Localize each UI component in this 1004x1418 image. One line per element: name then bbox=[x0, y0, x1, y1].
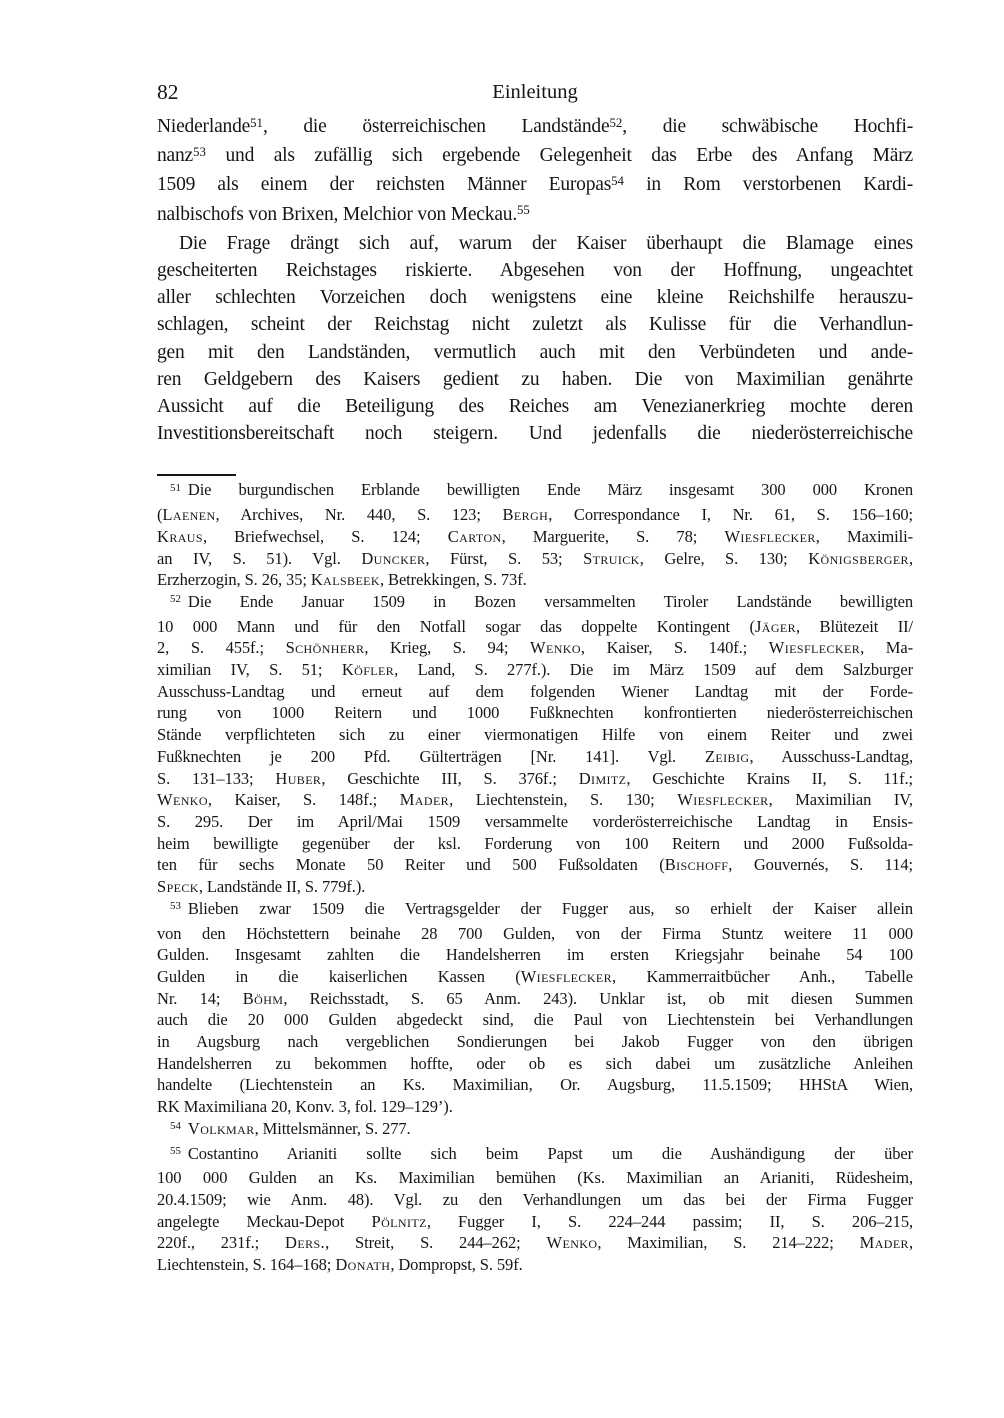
footnote-number: 52 bbox=[609, 116, 622, 130]
text-segment: gen mit den Landständen, vermutlich auch… bbox=[157, 342, 913, 363]
text-segment: , Gouvernés, S. 114; bbox=[728, 855, 913, 874]
text-segment: , Krieg, S. 94; bbox=[364, 638, 530, 657]
text-segment: RK Maximiliana 20, Konv. 3, fol. 129–129… bbox=[157, 1097, 453, 1116]
text-segment: , Streit, S. 244–262; bbox=[325, 1233, 546, 1252]
text-line: Gulden. Insgesamt zahlten die Handelsher… bbox=[157, 944, 913, 966]
text-line: aller schlechten Vorzeichen doch wenigst… bbox=[157, 284, 913, 311]
text-segment: heim bewilligte gegenüber der ksl. Forde… bbox=[157, 834, 913, 853]
text-segment: Fußknechten je 200 Pfd. Gülterträgen [Nr… bbox=[157, 747, 705, 766]
text-line: nalbischofs von Brixen, Melchior von Mec… bbox=[157, 201, 913, 230]
footnote-number: 55 bbox=[517, 203, 530, 217]
text-segment: , Liechtenstein, S. 130; bbox=[449, 790, 677, 809]
text-segment: handelte (Liechtenstein an Ks. Maximilia… bbox=[157, 1075, 913, 1094]
author-name-smallcaps: Bischoff bbox=[665, 855, 729, 874]
text-line: Wenko, Kaiser, S. 148f.; Mader, Liechten… bbox=[157, 789, 913, 811]
text-line: angelegte Meckau-Depot Pölnitz, Fugger I… bbox=[157, 1211, 913, 1233]
text-segment: Niederlande bbox=[157, 116, 250, 137]
text-line: Ausschuss-Landtag und erneut auf dem fol… bbox=[157, 681, 913, 703]
text-segment: in Rom verstorbenen Kardi- bbox=[624, 174, 913, 195]
footnote-number: 52 bbox=[170, 593, 188, 605]
text-segment: gescheiterten Reichstages riskierte. Abg… bbox=[157, 260, 913, 281]
author-name-smallcaps: Laenen bbox=[162, 505, 215, 524]
text-segment: ten für sechs Monate 50 Reiter und 500 F… bbox=[157, 855, 665, 874]
text-segment: , Reichsstadt, S. 65 Anm. 243). Unklar i… bbox=[283, 989, 913, 1008]
text-segment: Aussicht auf die Beteiligung des Reiches… bbox=[157, 396, 913, 417]
text-segment: , Gelre, S. 130; bbox=[640, 549, 809, 568]
text-segment: Gulden in die kaiserlichen Kassen ( bbox=[157, 967, 521, 986]
text-segment: , Ma- bbox=[860, 638, 913, 657]
text-segment: Gulden. Insgesamt zahlten die Handelsher… bbox=[157, 945, 913, 964]
footnote-number: 54 bbox=[611, 174, 624, 188]
text-segment: Nr. 14; bbox=[157, 989, 243, 1008]
text-line: Kraus, Briefwechsel, S. 124; Carton, Mar… bbox=[157, 526, 913, 548]
author-name-smallcaps: Pölnitz bbox=[372, 1212, 427, 1231]
author-name-smallcaps: Wiesflecker bbox=[677, 790, 768, 809]
author-name-smallcaps: Wenko bbox=[157, 790, 208, 809]
text-segment: S. 131–133; bbox=[157, 769, 275, 788]
text-segment: , Kammerraitbücher Anh., Tabelle bbox=[612, 967, 913, 986]
text-line: RK Maximiliana 20, Konv. 3, fol. 129–129… bbox=[157, 1096, 913, 1118]
text-line: Fußknechten je 200 Pfd. Gülterträgen [Nr… bbox=[157, 746, 913, 768]
author-name-smallcaps: Zeibig bbox=[705, 747, 749, 766]
text-segment: , Landstände II, S. 779f.). bbox=[199, 877, 365, 896]
text-line: Investitionsbereitschaft noch steigern. … bbox=[157, 420, 913, 447]
author-name-smallcaps: Volkmar bbox=[188, 1119, 255, 1138]
author-name-smallcaps: Wiesflecker bbox=[724, 527, 815, 546]
text-line: 54Volkmar, Mittelsmänner, S. 277. bbox=[157, 1118, 913, 1143]
text-segment: 100 000 Gulden an Ks. Maximilian bemühen… bbox=[157, 1168, 913, 1187]
author-name-smallcaps: Wiesflecker bbox=[521, 967, 612, 986]
author-name-smallcaps: Duncker bbox=[361, 549, 425, 568]
text-line: 220f., 231f.; Ders., Streit, S. 244–262;… bbox=[157, 1232, 913, 1254]
text-segment: Blieben zwar 1509 die Vertragsgelder der… bbox=[188, 899, 913, 918]
text-segment: , Correspondance I, Nr. 61, S. 156–160; bbox=[548, 505, 913, 524]
text-segment: an IV, S. 51). Vgl. bbox=[157, 549, 361, 568]
footnote-number: 51 bbox=[250, 116, 263, 130]
text-segment: rung von 1000 Reitern und 1000 Fußknecht… bbox=[157, 703, 913, 722]
text-line: 2, S. 455f.; Schönherr, Krieg, S. 94; We… bbox=[157, 637, 913, 659]
author-name-smallcaps: Speck bbox=[157, 877, 199, 896]
text-segment: angelegte Meckau-Depot bbox=[157, 1212, 372, 1231]
text-line: ximilian IV, S. 51; Köfler, Land, S. 277… bbox=[157, 659, 913, 681]
page-header: 82 Einleitung bbox=[157, 80, 913, 105]
text-line: ten für sechs Monate 50 Reiter und 500 F… bbox=[157, 854, 913, 876]
text-segment: , Kaiser, S. 140f.; bbox=[581, 638, 769, 657]
author-name-smallcaps: Mader bbox=[860, 1233, 909, 1252]
paragraph: 52Die Ende Januar 1509 in Bozen versamme… bbox=[157, 591, 913, 898]
text-line: 52Die Ende Januar 1509 in Bozen versamme… bbox=[157, 591, 913, 616]
text-line: Liechtenstein, S. 164–168; Donath, Dompr… bbox=[157, 1254, 913, 1276]
text-segment: , bbox=[909, 1233, 913, 1252]
text-segment: Die Ende Januar 1509 in Bozen versammelt… bbox=[188, 592, 913, 611]
author-name-smallcaps: Böhm bbox=[243, 989, 284, 1008]
text-line: Die Frage drängt sich auf, warum der Kai… bbox=[157, 230, 913, 257]
text-line: Stände verpflichteten sich zu einer vier… bbox=[157, 724, 913, 746]
text-segment: , Briefwechsel, S. 124; bbox=[203, 527, 448, 546]
text-line: Aussicht auf die Beteiligung des Reiches… bbox=[157, 393, 913, 420]
text-segment: schlagen, scheint der Reichstag nicht zu… bbox=[157, 314, 913, 335]
text-segment: , die österreichischen Landstände bbox=[263, 116, 609, 137]
text-segment: , Fugger I, S. 224–244 passim; II, S. 20… bbox=[427, 1212, 913, 1231]
page-number: 82 bbox=[157, 80, 179, 105]
text-segment: , Mittelsmänner, S. 277. bbox=[255, 1119, 411, 1138]
text-line: an IV, S. 51). Vgl. Duncker, Fürst, S. 5… bbox=[157, 548, 913, 570]
text-segment: , Maximilian IV, bbox=[769, 790, 913, 809]
book-page: 82 Einleitung Niederlande51, die österre… bbox=[0, 0, 1004, 1418]
text-segment: und als zufällig sich ergebende Gelegenh… bbox=[206, 145, 913, 166]
text-segment: , bbox=[909, 549, 913, 568]
author-name-smallcaps: Schönherr bbox=[286, 638, 365, 657]
text-line: 55Costantino Arianiti sollte sich beim P… bbox=[157, 1143, 913, 1168]
text-line: Gulden in die kaiserlichen Kassen (Wiesf… bbox=[157, 966, 913, 988]
author-name-smallcaps: Wenko bbox=[530, 638, 581, 657]
text-line: nanz53 und als zufällig sich ergebende G… bbox=[157, 142, 913, 171]
author-name-smallcaps: Dimitz bbox=[579, 769, 627, 788]
text-segment: , Dompropst, S. 59f. bbox=[390, 1255, 522, 1274]
main-text: Niederlande51, die österreichischen Land… bbox=[157, 113, 913, 447]
text-segment: , Fürst, S. 53; bbox=[425, 549, 583, 568]
text-line: 10 000 Mann und für den Notfall sogar da… bbox=[157, 616, 913, 638]
text-segment: , Maximili- bbox=[816, 527, 913, 546]
text-segment: Liechtenstein, S. 164–168; bbox=[157, 1255, 335, 1274]
text-segment: Die Frage drängt sich auf, warum der Kai… bbox=[179, 233, 913, 254]
paragraph: Die Frage drängt sich auf, warum der Kai… bbox=[157, 230, 913, 448]
text-segment: ren Geldgebern des Kaisers gedient zu ha… bbox=[157, 369, 913, 390]
text-segment: nalbischofs von Brixen, Melchior von Mec… bbox=[157, 204, 517, 225]
text-line: 1509 als einem der reichsten Männer Euro… bbox=[157, 171, 913, 200]
author-name-smallcaps: Wenko bbox=[546, 1233, 597, 1252]
text-segment: , Betrekkingen, S. 73f. bbox=[380, 570, 527, 589]
text-block: 82 Einleitung Niederlande51, die österre… bbox=[157, 80, 913, 1276]
text-segment: Ausschuss-Landtag und erneut auf dem fol… bbox=[157, 682, 913, 701]
text-line: S. 295. Der im April/Mai 1509 versammelt… bbox=[157, 811, 913, 833]
footnote-number: 54 bbox=[170, 1120, 188, 1132]
text-line: Handelsherren zu bekommen hoffte, oder o… bbox=[157, 1053, 913, 1075]
author-name-smallcaps: Kraus bbox=[157, 527, 203, 546]
text-segment: 20.4.1509; wie Anm. 48). Vgl. zu den Ver… bbox=[157, 1190, 913, 1209]
paragraph: 55Costantino Arianiti sollte sich beim P… bbox=[157, 1143, 913, 1276]
author-name-smallcaps: Wiesflecker bbox=[769, 638, 860, 657]
text-segment: Handelsherren zu bekommen hoffte, oder o… bbox=[157, 1054, 913, 1073]
text-segment: Investitionsbereitschaft noch steigern. … bbox=[157, 423, 913, 444]
text-segment: , Blütezeit II/ bbox=[796, 617, 913, 636]
text-line: 100 000 Gulden an Ks. Maximilian bemühen… bbox=[157, 1167, 913, 1189]
text-line: 51Die burgundischen Erblande bewilligten… bbox=[157, 479, 913, 504]
text-segment: , Geschichte Krains II, S. 11f.; bbox=[626, 769, 913, 788]
author-name-smallcaps: Carton bbox=[448, 527, 502, 546]
author-name-smallcaps: Mader bbox=[400, 790, 449, 809]
text-line: in Augsburg nach vergeblichen Sondierung… bbox=[157, 1031, 913, 1053]
text-segment: , Geschichte III, S. 376f.; bbox=[321, 769, 578, 788]
paragraph: 53Blieben zwar 1509 die Vertragsgelder d… bbox=[157, 898, 913, 1118]
footnote-number: 53 bbox=[170, 900, 188, 912]
text-segment: Erzherzogin, S. 26, 35; bbox=[157, 570, 311, 589]
footnotes-section: 51Die burgundischen Erblande bewilligten… bbox=[157, 479, 913, 1275]
author-name-smallcaps: Donath bbox=[335, 1255, 390, 1274]
text-segment: , Maximilian, S. 214–222; bbox=[597, 1233, 859, 1252]
paragraph: 54Volkmar, Mittelsmänner, S. 277. bbox=[157, 1118, 913, 1143]
text-line: schlagen, scheint der Reichstag nicht zu… bbox=[157, 311, 913, 338]
text-line: (Laenen, Archives, Nr. 440, S. 123; Berg… bbox=[157, 504, 913, 526]
text-segment: Stände verpflichteten sich zu einer vier… bbox=[157, 725, 913, 744]
paragraph: 51Die burgundischen Erblande bewilligten… bbox=[157, 479, 913, 591]
text-segment: , Land, S. 277f.). Die im März 1509 auf … bbox=[394, 660, 913, 679]
text-segment: , Marguerite, S. 78; bbox=[502, 527, 725, 546]
text-line: gescheiterten Reichstages riskierte. Abg… bbox=[157, 257, 913, 284]
text-line: heim bewilligte gegenüber der ksl. Forde… bbox=[157, 833, 913, 855]
text-line: Nr. 14; Böhm, Reichsstadt, S. 65 Anm. 24… bbox=[157, 988, 913, 1010]
text-segment: , Kaiser, S. 148f.; bbox=[208, 790, 400, 809]
text-segment: in Augsburg nach vergeblichen Sondierung… bbox=[157, 1032, 913, 1051]
paragraph: Niederlande51, die österreichischen Land… bbox=[157, 113, 913, 230]
author-name-smallcaps: Bergh bbox=[503, 505, 549, 524]
text-segment: Die burgundischen Erblande bewilligten E… bbox=[188, 480, 913, 499]
text-line: Niederlande51, die österreichischen Land… bbox=[157, 113, 913, 142]
text-line: S. 131–133; Huber, Geschichte III, S. 37… bbox=[157, 768, 913, 790]
author-name-smallcaps: Jäger bbox=[755, 617, 796, 636]
author-name-smallcaps: Huber bbox=[275, 769, 321, 788]
footnote-number: 51 bbox=[170, 482, 188, 494]
author-name-smallcaps: Königsberger bbox=[808, 549, 909, 568]
text-segment: Costantino Arianiti sollte sich beim Pap… bbox=[188, 1144, 913, 1163]
text-line: handelte (Liechtenstein an Ks. Maximilia… bbox=[157, 1074, 913, 1096]
footnote-number: 55 bbox=[170, 1145, 188, 1157]
text-line: auch die 20 000 Gulden abgedeckt sind, d… bbox=[157, 1009, 913, 1031]
running-head: Einleitung bbox=[157, 80, 913, 105]
text-segment: , Ausschuss-Landtag, bbox=[749, 747, 913, 766]
text-line: 20.4.1509; wie Anm. 48). Vgl. zu den Ver… bbox=[157, 1189, 913, 1211]
text-segment: S. 295. Der im April/Mai 1509 versammelt… bbox=[157, 812, 913, 831]
text-line: Erzherzogin, S. 26, 35; Kalsbeek, Betrek… bbox=[157, 569, 913, 591]
text-segment: nanz bbox=[157, 145, 193, 166]
footnote-separator-rule bbox=[157, 474, 236, 476]
text-segment: 220f., 231f.; bbox=[157, 1233, 285, 1252]
text-line: ren Geldgebern des Kaisers gedient zu ha… bbox=[157, 366, 913, 393]
text-segment: 1509 als einem der reichsten Männer Euro… bbox=[157, 174, 611, 195]
text-segment: 2, S. 455f.; bbox=[157, 638, 286, 657]
author-name-smallcaps: Ders. bbox=[285, 1233, 325, 1252]
author-name-smallcaps: Köfler bbox=[342, 660, 394, 679]
text-line: gen mit den Landständen, vermutlich auch… bbox=[157, 339, 913, 366]
text-line: Speck, Landstände II, S. 779f.). bbox=[157, 876, 913, 898]
footnote-number: 53 bbox=[193, 145, 206, 159]
text-segment: aller schlechten Vorzeichen doch wenigst… bbox=[157, 287, 913, 308]
text-line: von den Höchstettern beinahe 28 700 Guld… bbox=[157, 923, 913, 945]
text-segment: von den Höchstettern beinahe 28 700 Guld… bbox=[157, 924, 913, 943]
author-name-smallcaps: Struick bbox=[583, 549, 640, 568]
text-segment: , Archives, Nr. 440, S. 123; bbox=[216, 505, 503, 524]
text-segment: auch die 20 000 Gulden abgedeckt sind, d… bbox=[157, 1010, 913, 1029]
text-segment: , die schwäbische Hochfi- bbox=[622, 116, 913, 137]
text-line: rung von 1000 Reitern und 1000 Fußknecht… bbox=[157, 702, 913, 724]
text-segment: 10 000 Mann und für den Notfall sogar da… bbox=[157, 617, 755, 636]
author-name-smallcaps: Kalsbeek bbox=[311, 570, 380, 589]
text-segment: ximilian IV, S. 51; bbox=[157, 660, 342, 679]
text-line: 53Blieben zwar 1509 die Vertragsgelder d… bbox=[157, 898, 913, 923]
